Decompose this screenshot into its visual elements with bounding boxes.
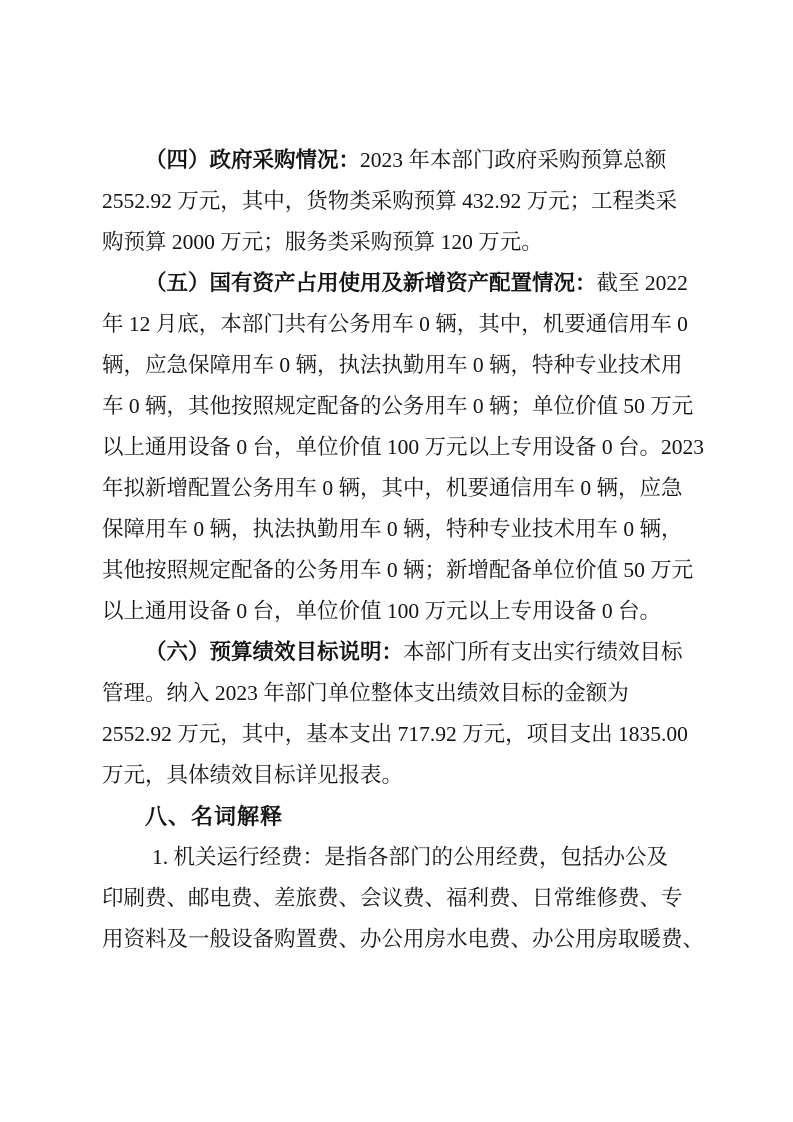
text-line: 以上通用设备 0 台，单位价值 100 万元以上专用设备 0 台。 <box>102 591 696 632</box>
text-line: 年 12 月底，本部门共有公务用车 0 辆，其中，机要通信用车 0 <box>102 304 696 345</box>
paragraph-glossary-term-1-agency-operating-expenses: 1. 机关运行经费：是指各部门的公用经费，包括办公及印刷费、邮电费、差旅费、会议… <box>102 837 696 960</box>
paragraph-section-4-government-procurement: （四）政府采购情况：2023 年本部门政府采购预算总额2552.92 万元，其中… <box>102 140 696 263</box>
body-text: 截至 2022 <box>597 271 688 295</box>
paragraph-section-5-state-assets: （五）国有资产占用使用及新增资产配置情况：截至 2022年 12 月底，本部门共… <box>102 263 696 632</box>
text-line: 万元，具体绩效目标详见报表。 <box>102 755 696 796</box>
body-text: 万元，具体绩效目标详见报表。 <box>102 763 403 787</box>
body-text: 以上通用设备 0 台，单位价值 100 万元以上专用设备 0 台。2023 <box>102 435 704 459</box>
body-text: 2552.92 万元，其中，基本支出 717.92 万元，项目支出 1835.0… <box>102 722 688 746</box>
body-text: 2023 年本部门政府采购预算总额 <box>360 148 666 172</box>
section-heading-text: （四）政府采购情况： <box>145 148 360 172</box>
body-text: 辆，应急保障用车 0 辆，执法执勤用车 0 辆，特种专业技术用 <box>102 353 683 377</box>
text-line: 2552.92 万元，其中，货物类采购预算 432.92 万元；工程类采 <box>102 181 696 222</box>
body-text: 车 0 辆，其他按照规定配备的公务用车 0 辆；单位价值 50 万元 <box>102 394 693 418</box>
body-text: 年 12 月底，本部门共有公务用车 0 辆，其中，机要通信用车 0 <box>102 312 688 336</box>
text-line: 其他按照规定配备的公务用车 0 辆；新增配备单位价值 50 万元 <box>102 550 696 591</box>
text-line: 辆，应急保障用车 0 辆，执法执勤用车 0 辆，特种专业技术用 <box>102 345 696 386</box>
text-line: 1. 机关运行经费：是指各部门的公用经费，包括办公及 <box>102 837 696 878</box>
paragraph-section-6-performance-targets: （六）预算绩效目标说明：本部门所有支出实行绩效目标管理。纳入 2023 年部门单… <box>102 632 696 796</box>
section-heading-text: （五）国有资产占用使用及新增资产配置情况： <box>145 271 597 295</box>
text-line: 保障用车 0 辆，执法执勤用车 0 辆，特种专业技术用车 0 辆， <box>102 509 696 550</box>
body-text: 年拟新增配置公务用车 0 辆，其中，机要通信用车 0 辆，应急 <box>102 476 683 500</box>
text-line: 用资料及一般设备购置费、办公用房水电费、办公用房取暖费、 <box>102 919 696 960</box>
text-line: （六）预算绩效目标说明：本部门所有支出实行绩效目标 <box>102 632 696 673</box>
chapter-heading-text: 八、名词解释 <box>145 804 283 829</box>
text-line: 八、名词解释 <box>102 796 696 837</box>
text-line: 以上通用设备 0 台，单位价值 100 万元以上专用设备 0 台。2023 <box>102 427 696 468</box>
body-text: 保障用车 0 辆，执法执勤用车 0 辆，特种专业技术用车 0 辆， <box>102 517 683 541</box>
text-line: （五）国有资产占用使用及新增资产配置情况：截至 2022 <box>102 263 696 304</box>
body-text: 以上通用设备 0 台，单位价值 100 万元以上专用设备 0 台。 <box>102 599 661 623</box>
body-text: 印刷费、邮电费、差旅费、会议费、福利费、日常维修费、专 <box>102 886 683 910</box>
text-line: 购预算 2000 万元；服务类采购预算 120 万元。 <box>102 222 696 263</box>
text-line: 2552.92 万元，其中，基本支出 717.92 万元，项目支出 1835.0… <box>102 714 696 755</box>
text-line: 印刷费、邮电费、差旅费、会议费、福利费、日常维修费、专 <box>102 878 696 919</box>
text-line: （四）政府采购情况：2023 年本部门政府采购预算总额 <box>102 140 696 181</box>
text-line: 车 0 辆，其他按照规定配备的公务用车 0 辆；单位价值 50 万元 <box>102 386 696 427</box>
paragraph-chapter-8-glossary-heading: 八、名词解释 <box>102 796 696 837</box>
body-text: 本部门所有支出实行绩效目标 <box>403 640 683 664</box>
body-text: 管理。纳入 2023 年部门单位整体支出绩效目标的金额为 <box>102 681 629 705</box>
body-text: 用资料及一般设备购置费、办公用房水电费、办公用房取暖费、 <box>102 927 704 951</box>
text-line: 年拟新增配置公务用车 0 辆，其中，机要通信用车 0 辆，应急 <box>102 468 696 509</box>
body-text: 2552.92 万元，其中，货物类采购预算 432.92 万元；工程类采 <box>102 189 677 213</box>
body-text: 1. 机关运行经费：是指各部门的公用经费，包括办公及 <box>152 845 668 869</box>
document-page: （四）政府采购情况：2023 年本部门政府采购预算总额2552.92 万元，其中… <box>0 0 793 1122</box>
document-body: （四）政府采购情况：2023 年本部门政府采购预算总额2552.92 万元，其中… <box>102 140 696 960</box>
section-heading-text: （六）预算绩效目标说明： <box>145 640 403 664</box>
text-line: 管理。纳入 2023 年部门单位整体支出绩效目标的金额为 <box>102 673 696 714</box>
body-text: 其他按照规定配备的公务用车 0 辆；新增配备单位价值 50 万元 <box>102 558 693 582</box>
body-text: 购预算 2000 万元；服务类采购预算 120 万元。 <box>102 230 543 254</box>
